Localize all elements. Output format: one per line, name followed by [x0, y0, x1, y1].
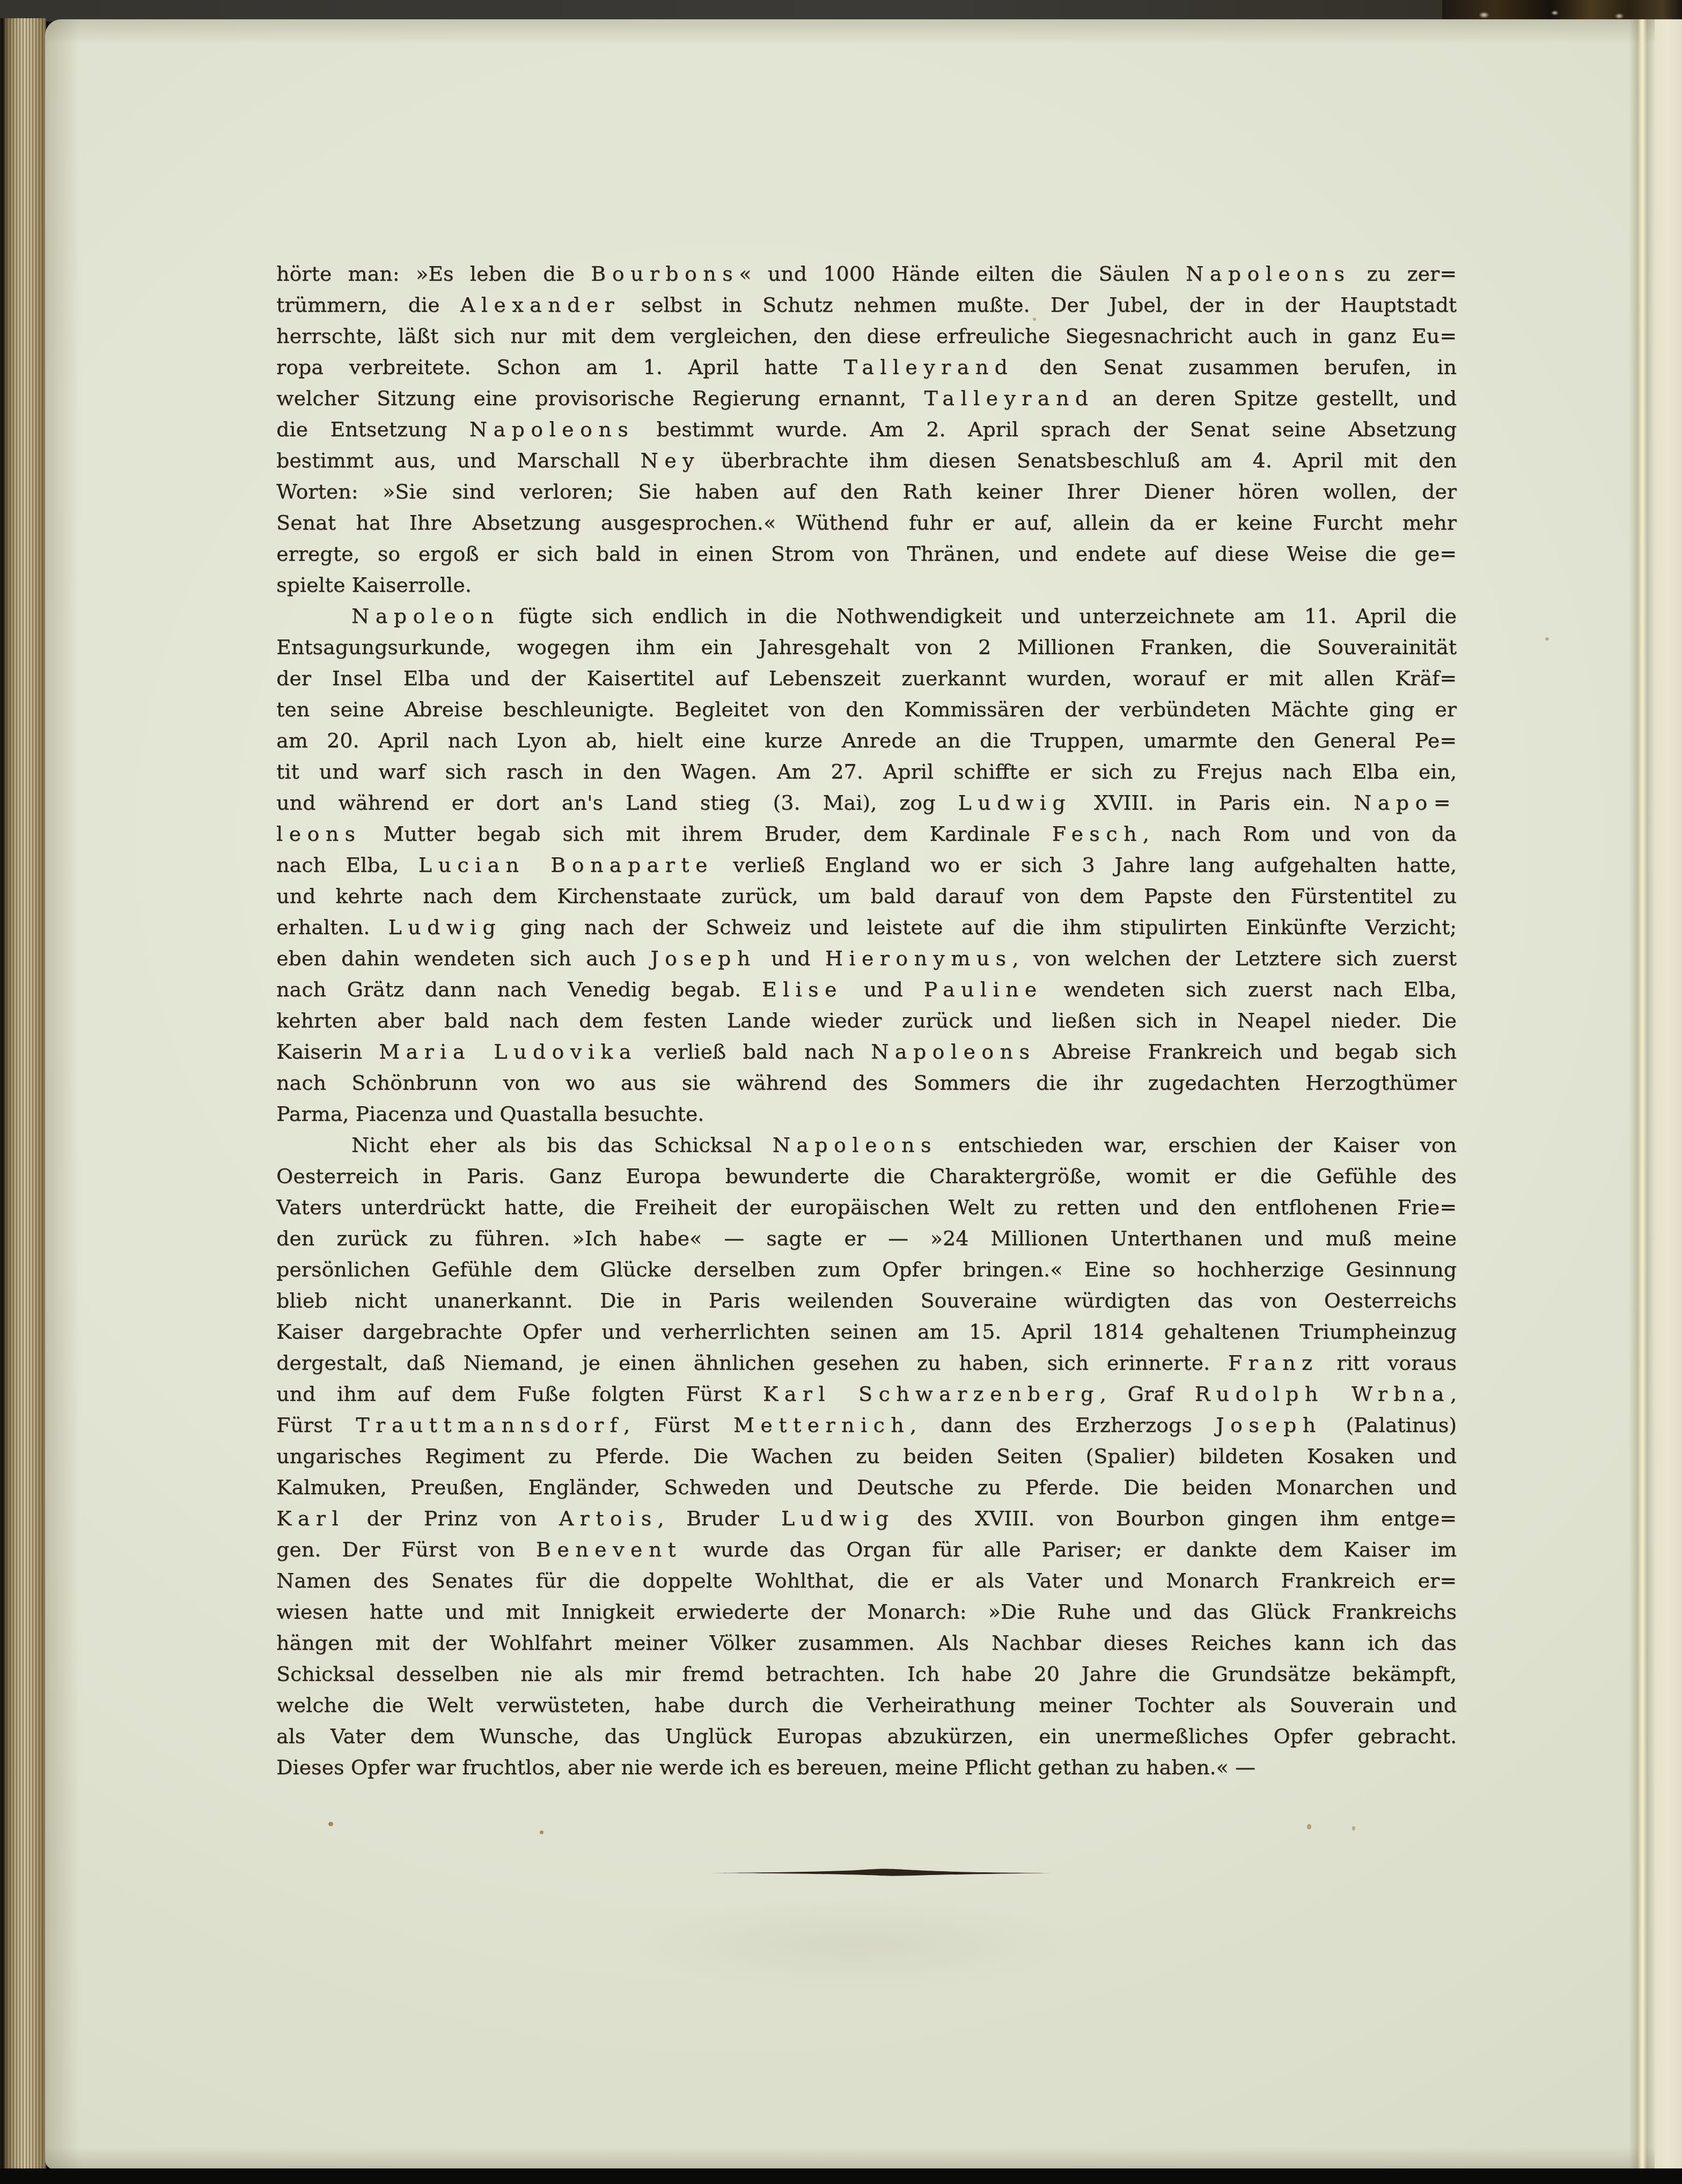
paper-speck [1307, 1824, 1311, 1829]
paper-speck [1033, 318, 1036, 321]
spaced-name: Karl Schwarzenberg [763, 1382, 1100, 1406]
text-line: Kaiserin Maria Ludovika verließ bald nac… [276, 1036, 1457, 1067]
text-line: kehrten aber bald nach dem festen Lande … [276, 1005, 1457, 1036]
spaced-name: Fesch [1052, 822, 1143, 845]
spaced-name: Lucian Bonaparte [418, 853, 714, 877]
spaced-name: Napoleons [871, 1040, 1035, 1063]
text-line: als Vater dem Wunsche, das Unglück Europ… [276, 1720, 1457, 1752]
text-line: ten seine Abreise beschleunigte. Begleit… [276, 694, 1457, 725]
paragraph: hörte man: »Es leben die Bourbons« und 1… [276, 258, 1457, 600]
text-line: trümmern, die Alexander selbst in Schutz… [276, 289, 1457, 320]
spaced-name: Ludwig [958, 791, 1071, 814]
spaced-name: Napoleon [351, 604, 500, 628]
spaced-name: Talleyrand [924, 386, 1095, 410]
paper-speck [451, 1148, 454, 1151]
text-line: der Insel Elba und der Kaisertitel auf L… [276, 663, 1457, 694]
text-line: ungarisches Regiment zu Pferde. Die Wach… [276, 1440, 1457, 1472]
backdrop-top-edge [0, 0, 1682, 21]
spaced-name: Karl [276, 1506, 344, 1530]
text-line: und ihm auf dem Fuße folgten Fürst Karl … [276, 1378, 1457, 1409]
text-line: Entsagungsurkunde, wogegen ihm ein Jahre… [276, 631, 1457, 663]
adjacent-page-edge [1655, 19, 1682, 2170]
spaced-name: Metternich [733, 1413, 910, 1437]
text-line: hängen mit der Wohlfahrt meiner Völker z… [276, 1627, 1457, 1658]
spaced-name: Trauttmannsdorf [356, 1413, 623, 1437]
text-line: Parma, Piacenza und Quastalla besuchte. [276, 1098, 1457, 1129]
text-line: blieb nicht unanerkannt. Die in Paris we… [276, 1285, 1457, 1316]
spaced-name: Ney [641, 448, 700, 472]
text-line: herrschte, läßt sich nur mit dem verglei… [276, 320, 1457, 351]
text-line: nach Elba, Lucian Bonaparte verließ Engl… [276, 849, 1457, 880]
text-line: leons Mutter begab sich mit ihrem Bruder… [276, 818, 1457, 849]
text-line: Kaiser dargebrachte Opfer und verherrlic… [276, 1316, 1457, 1347]
text-line: erhalten. Ludwig ging nach der Schweiz u… [276, 911, 1457, 943]
spaced-name: Ludwig [781, 1506, 894, 1530]
text-line: Namen des Senates für die doppelte Wohlt… [276, 1565, 1457, 1596]
spaced-name: Ludwig [388, 915, 501, 939]
spaced-name: Talleyrand [843, 355, 1013, 379]
text-line: am 20. April nach Lyon ab, hielt eine ku… [276, 725, 1457, 756]
text-line: Karl der Prinz von Artois, Bruder Ludwig… [276, 1503, 1457, 1534]
text-block: hörte man: »Es leben die Bourbons« und 1… [276, 258, 1457, 1783]
paragraph: Napoleon fügte sich endlich in die Nothw… [276, 600, 1457, 1129]
spaced-name: Franz [1228, 1351, 1319, 1374]
text-line: Oesterreich in Paris. Ganz Europa bewund… [276, 1160, 1457, 1192]
spaced-name: Benevent [536, 1538, 682, 1561]
text-line: nach Schönbrunn von wo aus sie während d… [276, 1067, 1457, 1098]
spaced-name: Maria Ludovika [379, 1040, 637, 1063]
text-line: welche die Welt verwüsteten, habe durch … [276, 1689, 1457, 1720]
text-line: gen. Der Fürst von Benevent wurde das Or… [276, 1534, 1457, 1565]
spaced-name: Hieronymus [825, 946, 1012, 970]
backdrop-bottom-edge [0, 2168, 1682, 2184]
spaced-name: Alexander [460, 293, 620, 317]
text-line: welcher Sitzung eine provisorische Regie… [276, 383, 1457, 414]
paragraph: Nicht eher als bis das Schicksal Napoleo… [276, 1129, 1457, 1783]
text-line: persönlichen Gefühle dem Glücke derselbe… [276, 1254, 1457, 1285]
paper-speck [1545, 637, 1549, 641]
spaced-name: Pauline [924, 977, 1043, 1001]
paper-speck [328, 1822, 333, 1826]
spaced-name: Rudolph Wrbna [1195, 1382, 1450, 1406]
text-line: dergestalt, daß Niemand, je einen ähnlic… [276, 1347, 1457, 1378]
text-line: nach Grätz dann nach Venedig begab. Elis… [276, 974, 1457, 1005]
text-line: Kalmuken, Preußen, Engländer, Schweden u… [276, 1472, 1457, 1503]
spaced-name: Napoleons [773, 1133, 937, 1157]
text-line: Napoleon fügte sich endlich in die Nothw… [276, 600, 1457, 631]
text-line: Nicht eher als bis das Schicksal Napoleo… [276, 1129, 1457, 1160]
text-line: bestimmt aus, und Marschall Ney überbrac… [276, 445, 1457, 476]
spaced-name: Napo= [1354, 791, 1457, 814]
spaced-name: Napoleons [1186, 262, 1350, 285]
show-through-stain [633, 1899, 1073, 1990]
paper-speck [1352, 1826, 1355, 1830]
text-line: den zurück zu führen. »Ich habe« — sagte… [276, 1223, 1457, 1254]
text-line: Vaters unterdrückt hatte, die Freiheit d… [276, 1192, 1457, 1223]
spaced-name: leons [276, 822, 362, 845]
text-line: und während er dort an's Land stieg (3. … [276, 787, 1457, 818]
text-line: ropa verbreitete. Schon am 1. April hatt… [276, 351, 1457, 383]
spaced-name: Joseph [650, 946, 756, 970]
spaced-name: Artois [559, 1506, 658, 1530]
spaced-name: Elise [762, 977, 843, 1001]
text-line: Fürst Trauttmannsdorf, Fürst Metternich,… [276, 1409, 1457, 1440]
text-line: wiesen hatte und mit Innigkeit erwiedert… [276, 1596, 1457, 1627]
text-line: Schicksal desselben nie als mir fremd be… [276, 1658, 1457, 1689]
text-line: eben dahin wendeten sich auch Joseph und… [276, 943, 1457, 974]
text-line: die Entsetzung Napoleons bestimmt wurde.… [276, 414, 1457, 445]
text-line: hörte man: »Es leben die Bourbons« und 1… [276, 258, 1457, 289]
text-line: tit und warf sich rasch in den Wagen. Am… [276, 756, 1457, 787]
spaced-name: Joseph [1216, 1413, 1321, 1437]
text-line: Worten: »Sie sind verloren; Sie haben au… [276, 476, 1457, 507]
book-fore-edge [0, 18, 46, 2173]
text-line: und kehrte nach dem Kirchenstaate zurück… [276, 880, 1457, 911]
text-line: erregte, so ergoß er sich bald in einen … [276, 538, 1457, 569]
spaced-name: Bourbons [591, 262, 739, 285]
gutter-crease [1629, 19, 1655, 2170]
text-line: Dieses Opfer war fruchtlos, aber nie wer… [276, 1752, 1457, 1783]
swelled-rule-ornament [708, 1866, 1055, 1880]
paper-speck [540, 1830, 543, 1834]
spaced-name: Napoleons [469, 417, 634, 441]
scanned-book-photo: hörte man: »Es leben die Bourbons« und 1… [0, 0, 1682, 2184]
text-line: spielte Kaiserrolle. [276, 569, 1457, 600]
text-line: Senat hat Ihre Absetzung ausgesprochen.«… [276, 507, 1457, 538]
